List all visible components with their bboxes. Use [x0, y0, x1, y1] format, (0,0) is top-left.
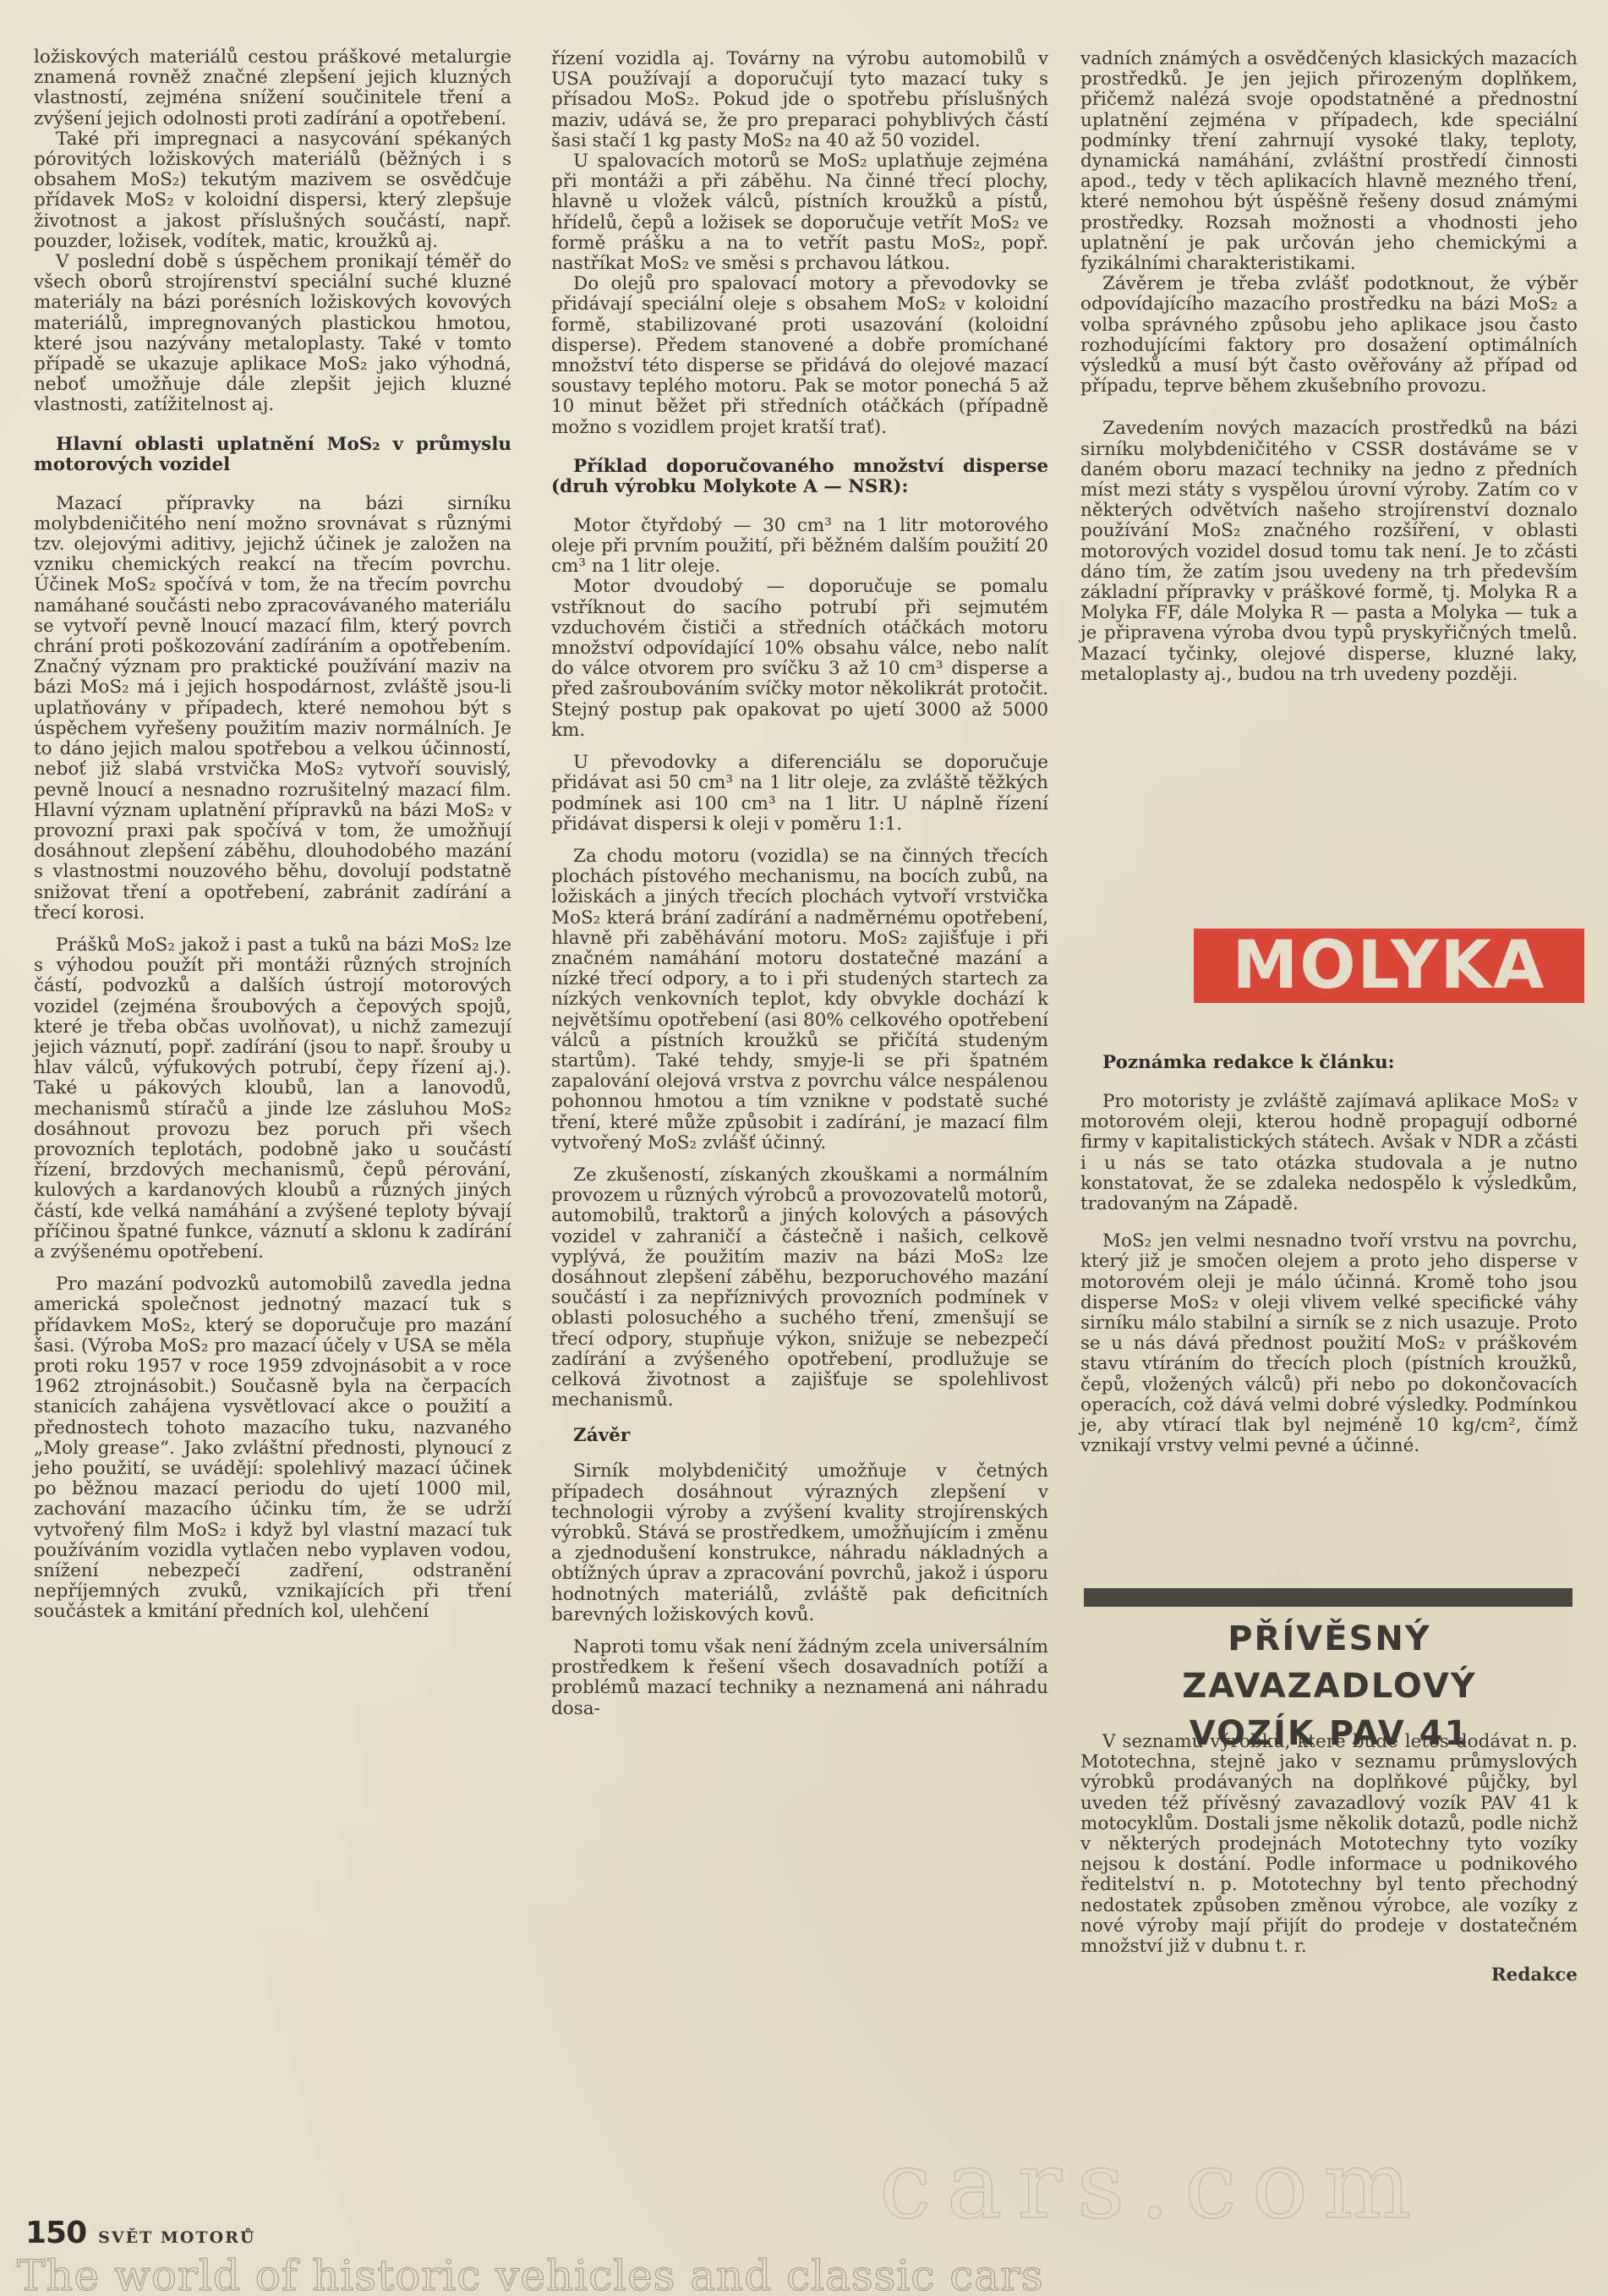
paragraph: Závěrem je třeba zvlášť podotknout, že v… — [1080, 274, 1578, 397]
section-heading: Příklad doporučovaného množství disperse… — [551, 457, 1048, 497]
section-heading-conclusion: Závěr — [551, 1426, 1048, 1446]
paragraph: V seznamu výrobků, které bude letos dodá… — [1080, 1732, 1578, 1957]
paragraph: Motor dvoudobý — doporučuje se pomalu vs… — [551, 577, 1048, 741]
paragraph: vadních známých a osvědčených klasických… — [1080, 49, 1578, 274]
paragraph: Naproti tomu však není žádným zcela univ… — [551, 1637, 1048, 1719]
section-heading: Hlavní oblasti uplatnění MoS₂ v průmyslu… — [34, 435, 511, 475]
article-column-3: vadních známých a osvědčených klasických… — [1080, 49, 1578, 685]
paragraph: řízení vozidla aj. Továrny na výrobu aut… — [551, 49, 1048, 151]
paragraph: Motor čtyřdobý — 30 cm³ na 1 litr motoro… — [551, 516, 1048, 578]
paragraph: Pro mazání podvozků automobilů zavedla j… — [34, 1274, 511, 1622]
page-number: 150 — [25, 2216, 86, 2250]
paragraph: Pro motoristy je zvláště zajímavá aplika… — [1080, 1092, 1578, 1214]
paragraph: MoS₂ jen velmi nesnadno tvoří vrstvu na … — [1080, 1231, 1578, 1456]
article-2-body: V seznamu výrobků, které bude letos dodá… — [1080, 1732, 1578, 1986]
paragraph: Za chodu motoru (vozidla) se na činných … — [551, 847, 1048, 1153]
paragraph: Do olejů pro spalovací motory a převodov… — [551, 274, 1048, 438]
watermark-bottom: The world of historic vehicles and class… — [17, 2251, 1044, 2296]
paragraph: V poslední době s úspěchem pronikají tém… — [34, 252, 511, 416]
paragraph: Zavedením nových mazacích prostředků na … — [1080, 419, 1578, 685]
molyka-logo-text: MOLYKA — [1233, 933, 1546, 999]
paragraph: Ze zkušeností, získaných zkouškami a nor… — [551, 1165, 1048, 1411]
paragraph: Mazací přípravky na bázi sirníku molybde… — [34, 494, 511, 923]
paragraph: U převodovky a diferenciálu se doporučuj… — [551, 753, 1048, 835]
note-heading: Poznámka redakce k článku: — [1080, 1053, 1578, 1073]
headline-line-1: PŘÍVĚSNÝ ZAVAZADLOVÝ — [1082, 1615, 1577, 1710]
article-column-2: řízení vozidla aj. Továrny na výrobu aut… — [551, 49, 1048, 1719]
paragraph: Také při impregnaci a nasycování spékaný… — [34, 129, 511, 252]
magazine-name: SVĚT MOTORŮ — [98, 2228, 255, 2247]
signature: Redakce — [1080, 1965, 1578, 1986]
molyka-logo: MOLYKA — [1194, 929, 1584, 1003]
page-footer: 150 SVĚT MOTORŮ — [25, 2216, 256, 2250]
paragraph: U spalovacích motorů se MoS₂ uplatňuje z… — [551, 151, 1048, 274]
paragraph: ložiskových materiálů cestou práškové me… — [34, 47, 511, 129]
editorial-note: Poznámka redakce k článku: Pro motoristy… — [1080, 1053, 1578, 1456]
section-divider — [1084, 1588, 1572, 1607]
paragraph: Sirník molybdeničitý umožňuje v četných … — [551, 1461, 1048, 1625]
paragraph: Prášků MoS₂ jakož i past a tuků na bázi … — [34, 935, 511, 1263]
article-column-1: ložiskových materiálů cestou práškové me… — [34, 47, 511, 1623]
